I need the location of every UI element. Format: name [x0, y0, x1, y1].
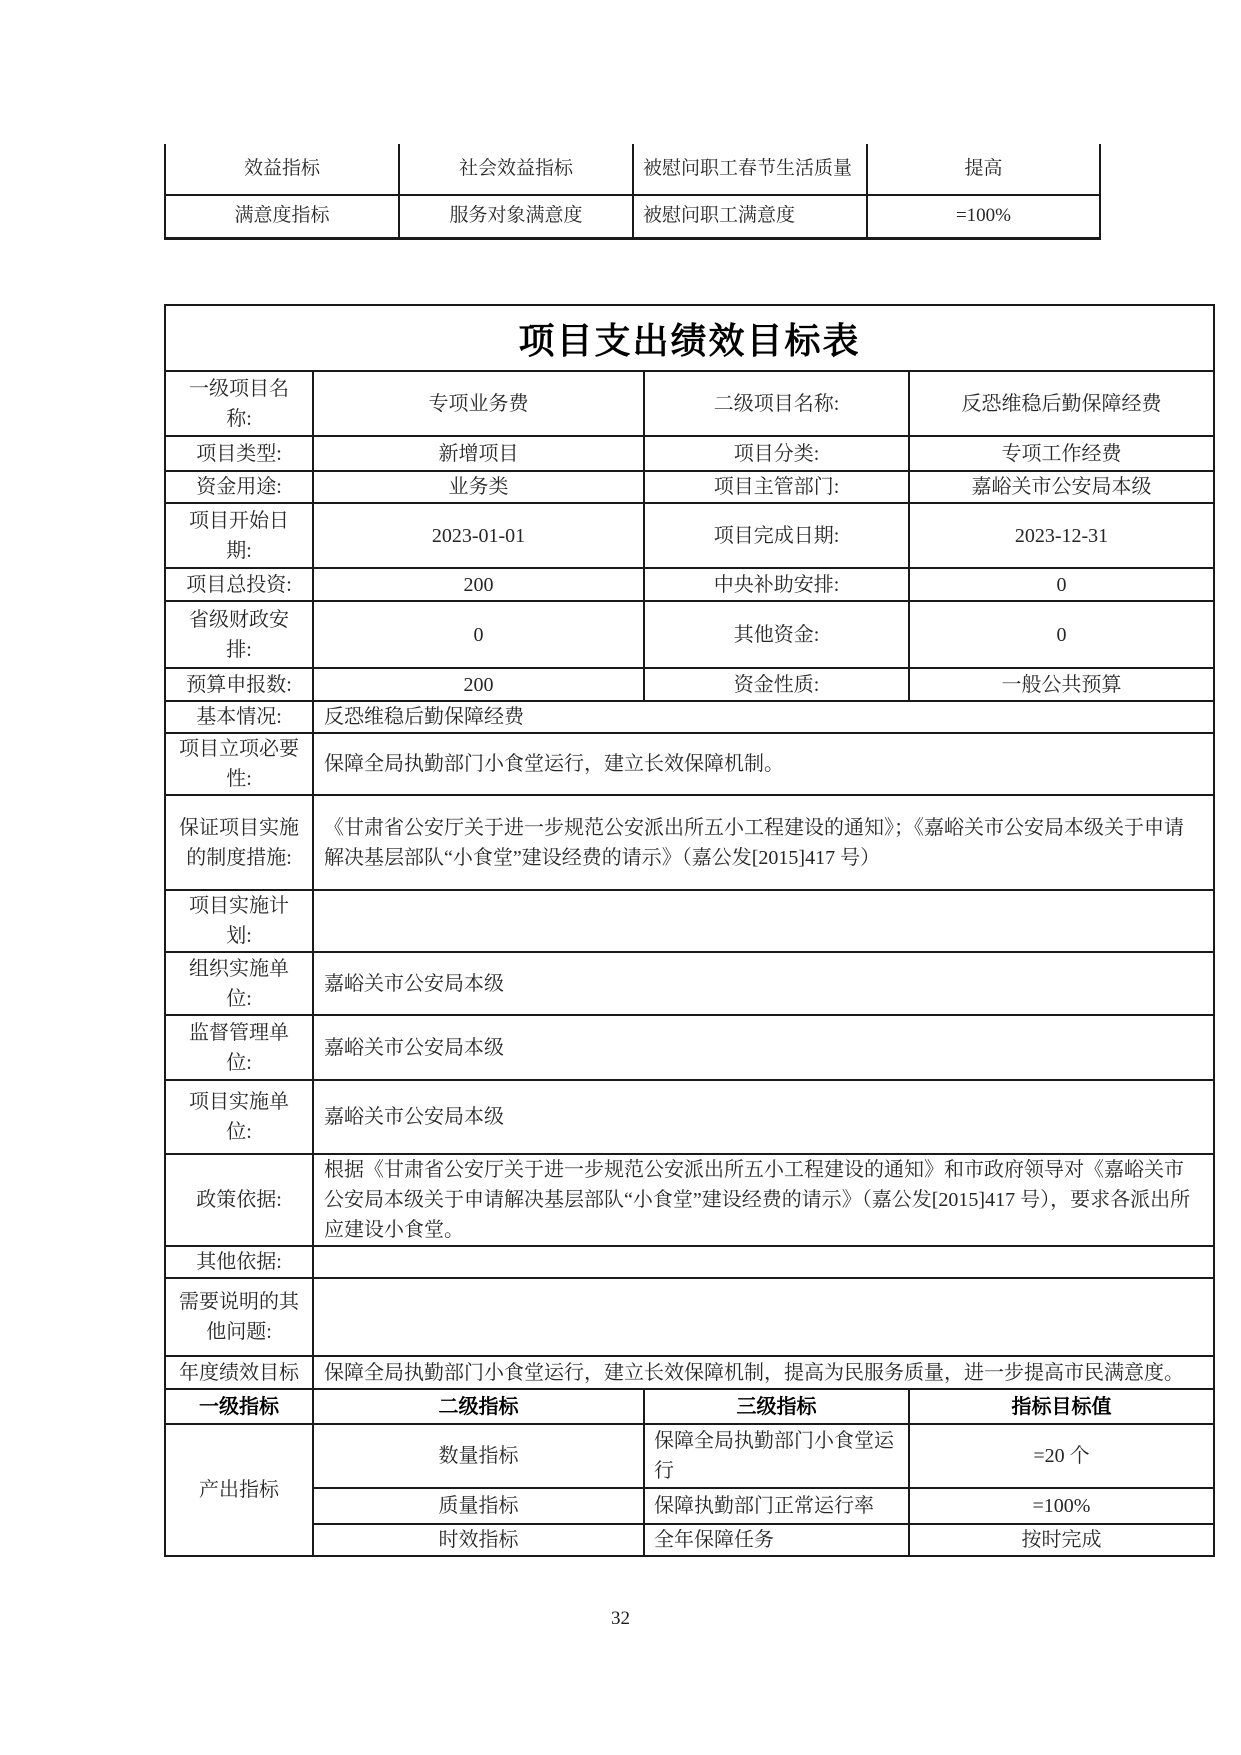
table-row: 需要说明的其他问题:: [165, 1278, 1214, 1356]
field-value-cell: 0: [909, 568, 1214, 601]
table-row: 监督管理单位: 嘉峪关市公安局本级: [165, 1015, 1214, 1080]
field-value-cell: 嘉峪关市公安局本级: [313, 1080, 1214, 1154]
table-title: 项目支出绩效目标表: [165, 305, 1214, 371]
indicator-header-cell: 二级指标: [313, 1389, 644, 1424]
field-value-cell: 反恐维稳后勤保障经费: [313, 701, 1214, 733]
field-value-cell: 反恐维稳后勤保障经费: [909, 371, 1214, 436]
indicator-header-cell: 一级指标: [165, 1389, 313, 1424]
field-label-cell: 组织实施单位:: [165, 952, 313, 1015]
indicator-cell: 被慰问职工春节生活质量: [633, 144, 867, 195]
indicator-level2-cell: 质量指标: [313, 1488, 644, 1524]
field-label-cell: 基本情况:: [165, 701, 313, 733]
indicator-level3-cell: 保障全局执勤部门小食堂运行: [644, 1424, 909, 1488]
table-row: 项目立项必要性: 保障全局执勤部门小食堂运行，建立长效保障机制。: [165, 733, 1214, 795]
field-label-cell: 保证项目实施的制度措施:: [165, 795, 313, 890]
table-row: 项目类型: 新增项目 项目分类: 专项工作经费: [165, 436, 1214, 471]
indicator-header-cell: 指标目标值: [909, 1389, 1214, 1424]
field-value-cell: 0: [313, 601, 644, 668]
field-label-cell: 中央补助安排:: [644, 568, 909, 601]
table-row: 资金用途: 业务类 项目主管部门: 嘉峪关市公安局本级: [165, 471, 1214, 503]
indicator-level3-cell: 保障执勤部门正常运行率: [644, 1488, 909, 1524]
field-label-cell: 其他资金:: [644, 601, 909, 668]
field-value-cell: 200: [313, 668, 644, 701]
field-label-cell: 年度绩效目标: [165, 1356, 313, 1389]
field-value-cell: [313, 1278, 1214, 1356]
indicator-cell: 社会效益指标: [399, 144, 633, 195]
field-value-cell: 2023-12-31: [909, 503, 1214, 568]
field-value-cell: 专项业务费: [313, 371, 644, 436]
carryover-indicator-table: 效益指标 社会效益指标 被慰问职工春节生活质量 提高 满意度指标 服务对象满意度…: [164, 144, 1101, 240]
field-label-cell: 监督管理单位:: [165, 1015, 313, 1080]
field-value-cell: 新增项目: [313, 436, 644, 471]
field-value-cell: 根据《甘肃省公安厅关于进一步规范公安派出所五小工程建设的通知》和市政府领导对《嘉…: [313, 1154, 1214, 1246]
field-label-cell: 预算申报数:: [165, 668, 313, 701]
field-label-cell: 项目实施单位:: [165, 1080, 313, 1154]
table-row: 项目实施单位: 嘉峪关市公安局本级: [165, 1080, 1214, 1154]
field-value-cell: 200: [313, 568, 644, 601]
table-row: 项目总投资: 200 中央补助安排: 0: [165, 568, 1214, 601]
field-value-cell: [313, 1246, 1214, 1278]
indicator-cell: 被慰问职工满意度: [633, 195, 867, 238]
indicator-target-cell: 按时完成: [909, 1524, 1214, 1556]
table-row: 项目实施计划:: [165, 890, 1214, 952]
indicator-target-cell: =20 个: [909, 1424, 1214, 1488]
indicator-cell: 服务对象满意度: [399, 195, 633, 238]
field-value-cell: 0: [909, 601, 1214, 668]
indicator-row: 时效指标 全年保障任务 按时完成: [165, 1524, 1214, 1556]
field-label-cell: 项目总投资:: [165, 568, 313, 601]
performance-target-table: 项目支出绩效目标表 一级项目名称: 专项业务费 二级项目名称: 反恐维稳后勤保障…: [164, 304, 1215, 1557]
field-value-cell: 《甘肃省公安厅关于进一步规范公安派出所五小工程建设的通知》；《嘉峪关市公安局本级…: [313, 795, 1214, 890]
table-row: 满意度指标 服务对象满意度 被慰问职工满意度 =100%: [165, 195, 1100, 238]
indicator-level2-cell: 数量指标: [313, 1424, 644, 1488]
field-label-cell: 项目主管部门:: [644, 471, 909, 503]
table-row: 省级财政安排: 0 其他资金: 0: [165, 601, 1214, 668]
indicator-group-label: 产出指标: [165, 1424, 313, 1556]
field-value-cell: 业务类: [313, 471, 644, 503]
field-value-cell: 专项工作经费: [909, 436, 1214, 471]
field-label-cell: 项目分类:: [644, 436, 909, 471]
table-row: 项目开始日期: 2023-01-01 项目完成日期: 2023-12-31: [165, 503, 1214, 568]
table-row: 年度绩效目标 保障全局执勤部门小食堂运行，建立长效保障机制，提高为民服务质量，进…: [165, 1356, 1214, 1389]
table-row: 预算申报数: 200 资金性质: 一般公共预算: [165, 668, 1214, 701]
indicator-target-cell: =100%: [909, 1488, 1214, 1524]
indicator-header-row: 一级指标 二级指标 三级指标 指标目标值: [165, 1389, 1214, 1424]
field-value-cell: 保障全局执勤部门小食堂运行，建立长效保障机制。: [313, 733, 1214, 795]
field-label-cell: 项目开始日期:: [165, 503, 313, 568]
indicator-cell: 效益指标: [165, 144, 399, 195]
field-label-cell: 其他依据:: [165, 1246, 313, 1278]
table-row: 政策依据: 根据《甘肃省公安厅关于进一步规范公安派出所五小工程建设的通知》和市政…: [165, 1154, 1214, 1246]
field-value-cell: 嘉峪关市公安局本级: [313, 952, 1214, 1015]
indicator-level2-cell: 时效指标: [313, 1524, 644, 1556]
field-label-cell: 资金用途:: [165, 471, 313, 503]
indicator-cell: =100%: [867, 195, 1100, 238]
field-label-cell: 二级项目名称:: [644, 371, 909, 436]
table-title-row: 项目支出绩效目标表: [165, 305, 1214, 371]
indicator-header-cell: 三级指标: [644, 1389, 909, 1424]
field-label-cell: 项目实施计划:: [165, 890, 313, 952]
indicator-cell: 满意度指标: [165, 195, 399, 238]
field-value-cell: 一般公共预算: [909, 668, 1214, 701]
field-label-cell: 省级财政安排:: [165, 601, 313, 668]
table-row: 基本情况: 反恐维稳后勤保障经费: [165, 701, 1214, 733]
field-value-cell: 嘉峪关市公安局本级: [909, 471, 1214, 503]
field-label-cell: 资金性质:: [644, 668, 909, 701]
field-label-cell: 项目完成日期:: [644, 503, 909, 568]
indicator-row: 质量指标 保障执勤部门正常运行率 =100%: [165, 1488, 1214, 1524]
field-label-cell: 项目立项必要性:: [165, 733, 313, 795]
field-label-cell: 一级项目名称:: [165, 371, 313, 436]
table-row: 一级项目名称: 专项业务费 二级项目名称: 反恐维稳后勤保障经费: [165, 371, 1214, 436]
table-row: 组织实施单位: 嘉峪关市公安局本级: [165, 952, 1214, 1015]
field-value-cell: 嘉峪关市公安局本级: [313, 1015, 1214, 1080]
indicator-row: 产出指标 数量指标 保障全局执勤部门小食堂运行 =20 个: [165, 1424, 1214, 1488]
table-row: 效益指标 社会效益指标 被慰问职工春节生活质量 提高: [165, 144, 1100, 195]
field-value-cell: 2023-01-01: [313, 503, 644, 568]
page-number: 32: [0, 1608, 1241, 1630]
field-label-cell: 需要说明的其他问题:: [165, 1278, 313, 1356]
field-label-cell: 政策依据:: [165, 1154, 313, 1246]
field-label-cell: 项目类型:: [165, 436, 313, 471]
indicator-cell: 提高: [867, 144, 1100, 195]
table-row: 其他依据:: [165, 1246, 1214, 1278]
field-value-cell: [313, 890, 1214, 952]
table-row: 保证项目实施的制度措施: 《甘肃省公安厅关于进一步规范公安派出所五小工程建设的通…: [165, 795, 1214, 890]
document-page: 效益指标 社会效益指标 被慰问职工春节生活质量 提高 满意度指标 服务对象满意度…: [0, 0, 1241, 1755]
indicator-level3-cell: 全年保障任务: [644, 1524, 909, 1556]
field-value-cell: 保障全局执勤部门小食堂运行，建立长效保障机制，提高为民服务质量，进一步提高市民满…: [313, 1356, 1214, 1389]
